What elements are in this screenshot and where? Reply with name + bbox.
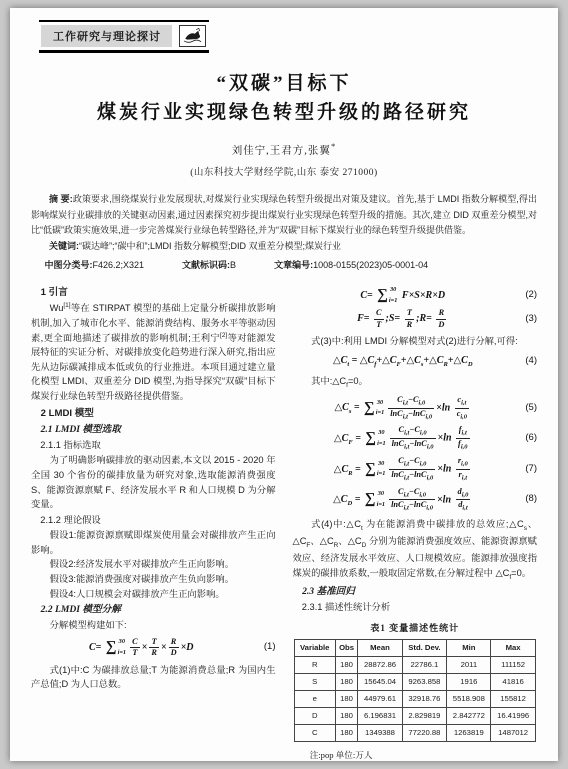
table-header-cell: Min (447, 639, 491, 656)
hypothesis-1: 假设1:能源资源禀赋即煤炭使用量会对碳排放产生正向影响。 (31, 528, 276, 557)
title-block: “双碳”目标下 煤炭行业实现绿色转型升级的路径研究 (31, 69, 537, 128)
equation-5: △Cs = ∑30i=1Ci,t−Ci,0lnCi,t−lnCi,0×ln ci… (293, 395, 538, 422)
document-code: 文献标识码:B (182, 258, 236, 271)
equation-number: (1) (252, 640, 276, 655)
table-cell: 44979.61 (358, 690, 402, 707)
table-cell: C (294, 725, 335, 742)
table-cell: 9263.858 (402, 673, 447, 690)
table-cell: 180 (335, 725, 358, 742)
heading-2-3-1: 2.3.1 描述性统计分析 (293, 600, 538, 615)
table-cell: e (294, 690, 335, 707)
equation-3: F= CT;S= TR;R= RD(3) (293, 308, 538, 330)
keywords-label: 关键词: (49, 241, 79, 251)
sum-symbol: ∑30i=1 (364, 400, 384, 417)
heading-introduction: 1 引言 (31, 285, 276, 300)
paper-title-line2: 煤炭行业实现绿色转型升级的路径研究 (31, 98, 537, 127)
table-header-row: VariableObsMeanStd. Dev.MinMax (294, 639, 535, 656)
equation-4-explanation: 式(4)中:△Ct 为在能源消费中碳排放的总效应;△Cs、△CF、△CR、△CD… (293, 517, 538, 583)
table-cell: 32918.76 (402, 690, 447, 707)
table-row: D1806.1968312.8298192.84277216.41996 (294, 708, 535, 725)
table-cell: S (294, 673, 335, 690)
equation-2: C= ∑30i=1 F×S×R×D(2) (293, 287, 538, 304)
equation-1-explanation: 式(1)中:C 为碳排放总量;T 为能源消费总量;R 为国内生产总值;D 为人口… (31, 663, 276, 692)
table-cell: 28872.86 (358, 656, 402, 673)
heading-2-3: 2.3 基准回归 (293, 584, 538, 599)
equation-number: (6) (513, 431, 537, 446)
left-column: 1 引言 Wu[1]等在 STIRPAT 模型的基础上定量分析碳排放影响机制,加… (31, 283, 276, 761)
body-columns: 1 引言 Wu[1]等在 STIRPAT 模型的基础上定量分析碳排放影响机制,加… (31, 283, 537, 761)
table-row: C180134938877220.8812638191487012 (294, 725, 535, 742)
table-cell: 180 (335, 673, 358, 690)
table-row: S18015645.049263.858191641816 (294, 673, 535, 690)
sum-symbol: ∑30i=1 (365, 430, 385, 447)
table-cell: D (294, 708, 335, 725)
keywords-paragraph: 关键词:“碳达峰”;“碳中和”;LMDI 指数分解模型;DID 双重差分模型;煤… (31, 239, 537, 254)
table-cell: 2.842772 (447, 708, 491, 725)
table-cell: 22786.1 (402, 656, 447, 673)
journal-logo-icon (179, 25, 206, 47)
table-cell: 180 (335, 708, 358, 725)
table-cell: 1487012 (491, 725, 535, 742)
equation-6: △CF = ∑30i=1Ci,t−Ci,0lnCi,t−lnCi,0×ln fi… (293, 425, 538, 452)
equation-number: (5) (513, 401, 537, 416)
table-cell: 2011 (447, 656, 491, 673)
affiliation-line: (山东科技大学财经学院,山东 泰安 271000) (31, 164, 537, 178)
table-cell: 2.829819 (402, 708, 447, 725)
sum-symbol: ∑30i=1 (377, 287, 397, 304)
equation-number: (4) (513, 354, 537, 369)
abstract-label: 摘 要: (49, 194, 73, 204)
table-header-cell: Variable (294, 639, 335, 656)
table-caption: 表1 变量描述性统计 (293, 621, 538, 635)
hypothesis-4: 假设4:人口规模会对碳排放产生正向影响。 (31, 587, 276, 602)
equation-number: (2) (513, 288, 537, 303)
descriptive-stats-table: VariableObsMeanStd. Dev.MinMax R18028872… (294, 639, 536, 743)
table-header-cell: Std. Dev. (402, 639, 447, 656)
equation-1: C= ∑30i=1CT×TR×RD×D(1) (31, 637, 276, 659)
heading-2-1-2: 2.1.2 理论假设 (31, 513, 276, 528)
equation-number: (3) (513, 312, 537, 327)
hypothesis-2: 假设2:经济发展水平对碳排放产生正向影响。 (31, 557, 276, 572)
decomposition-intro: 分解模型构建如下: (31, 618, 276, 633)
equation-4-note: 其中:△Cf=0。 (293, 374, 538, 391)
intro-paragraph: Wu[1]等在 STIRPAT 模型的基础上定量分析碳排放影响机制,加入了城市化… (31, 301, 276, 403)
equation-3-explanation: 式(3)中:利用 LMDI 分解模型对式(2)进行分解,可得: (293, 334, 538, 349)
article-number: 文章编号:1008-0155(2023)05-0001-04 (274, 258, 428, 271)
section-banner: 工作研究与理论探讨 (39, 20, 209, 53)
hypothesis-3: 假设3:能源消费强度对碳排放产生负向影响。 (31, 572, 276, 587)
table-cell: R (294, 656, 335, 673)
table-cell: 15645.04 (358, 673, 402, 690)
table-header-cell: Mean (358, 639, 402, 656)
indicator-paragraph: 为了明确影响碳排放的驱动因素,本文以 2015 - 2020 年全国 30 个省… (31, 453, 276, 511)
table-cell: 1349388 (358, 725, 402, 742)
sum-symbol: ∑30i=1 (365, 491, 385, 508)
table-note: 注:pop 单位:万人 (293, 749, 538, 761)
sum-symbol: ∑30i=1 (365, 461, 385, 478)
meta-line: 中图分类号:F426.2;X321 文献标识码:B 文章编号:1008-0155… (31, 258, 537, 271)
table-cell: 180 (335, 690, 358, 707)
equation-4: △Ct = △Cf+△CF+△Cs+△CR+△CD(4) (293, 353, 538, 370)
paper-page: 工作研究与理论探讨 “双碳”目标下 煤炭行业实现绿色转型升级的路径研究 刘佳宁,… (10, 8, 558, 761)
table-cell: 111152 (491, 656, 535, 673)
sum-symbol: ∑30i=1 (106, 639, 126, 656)
table-cell: 1916 (447, 673, 491, 690)
table-cell: 41816 (491, 673, 535, 690)
equation-7: △CR = ∑30i=1Ci,t−Ci,0lnCi,t−lnCi,0×ln ri… (293, 456, 538, 483)
keywords-text: “碳达峰”;“碳中和”;LMDI 指数分解模型;DID 双重差分模型;煤炭行业 (79, 241, 341, 251)
table-cell: 77220.88 (402, 725, 447, 742)
heading-2-1-1: 2.1.1 指标选取 (31, 438, 276, 453)
clc-number: 中图分类号:F426.2;X321 (45, 258, 145, 271)
front-matter: 摘 要:政策要求,围绕煤炭行业发展现状,对煤炭行业实现绿色转型升级提出对策及建议… (31, 192, 537, 254)
authors-line: 刘佳宁,王君方,张翼* (31, 141, 537, 158)
table-cell: 16.41996 (491, 708, 535, 725)
heading-lmdi-model: 2 LMDI 模型 (31, 406, 276, 421)
abstract-paragraph: 摘 要:政策要求,围绕煤炭行业发展现状,对煤炭行业实现绿色转型升级提出对策及建议… (31, 192, 537, 238)
paper-title-line1: “双碳”目标下 (31, 69, 537, 98)
table-row: R18028872.8622786.12011111152 (294, 656, 535, 673)
heading-2-1: 2.1 LMDI 模型选取 (31, 422, 276, 437)
abstract-text: 政策要求,围绕煤炭行业发展现状,对煤炭行业实现绿色转型升级提出对策及建议。首先,… (31, 194, 537, 235)
equation-8: △CD = ∑30i=1Ci,t−Ci,0lnCi,t−lnCi,0×ln di… (293, 487, 538, 514)
table-row: e18044979.6132918.765518.908155812 (294, 690, 535, 707)
section-banner-label: 工作研究与理论探讨 (41, 25, 172, 47)
table-header-cell: Max (491, 639, 535, 656)
equation-number: (7) (513, 462, 537, 477)
table-header-cell: Obs (335, 639, 358, 656)
table-cell: 155812 (491, 690, 535, 707)
table-cell: 180 (335, 656, 358, 673)
heading-2-2: 2.2 LMDI 模型分解 (31, 602, 276, 617)
right-column: C= ∑30i=1 F×S×R×D(2) F= CT;S= TR;R= RD(3… (293, 283, 538, 761)
table-cell: 5518.908 (447, 690, 491, 707)
table-cell: 6.196831 (358, 708, 402, 725)
equation-number: (8) (513, 492, 537, 507)
table-cell: 1263819 (447, 725, 491, 742)
